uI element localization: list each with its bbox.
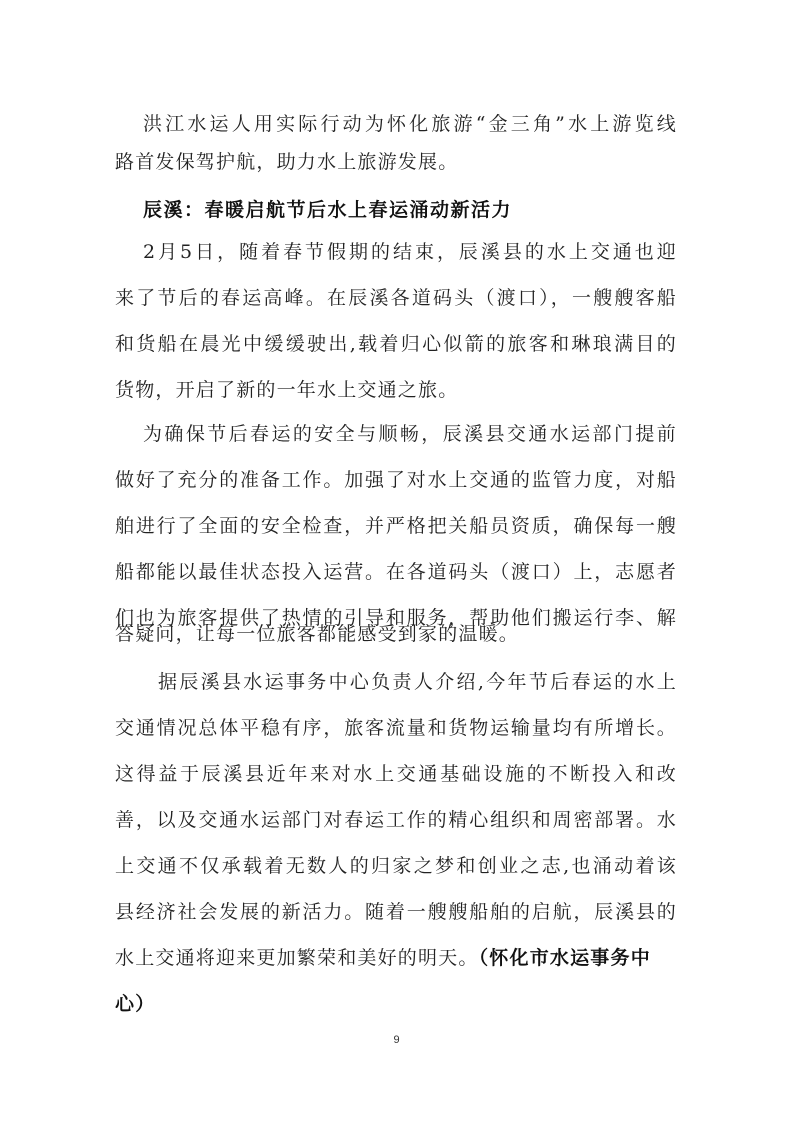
page-number: 9 [0,1034,793,1046]
paragraph-line: 交通情况总体平稳有序，旅客流量和货物运输量均有所增长。 [115,716,677,740]
paragraph-line: 这得益于辰溪县近年来对水上交通基础设施的不断投入和改 [115,762,677,786]
paragraph-line: 来了节后的春运高峰。在辰溪各道码头（渡口），一艘艘客船 [115,286,677,310]
paragraph-line: 水上交通将迎来更加繁荣和美好的明天。（怀化市水运事务中 [115,946,677,970]
paragraph-line: 洪江水运人用实际行动为怀化旅游“金三角”水上游览线 [143,112,677,136]
source-attribution-end: 心） [115,992,677,1016]
paragraph-line: 舶进行了全面的安全检查，并严格把关船员资质，确保每一艘 [115,514,677,538]
paragraph-line: 2月5日，随着春节假期的结束，辰溪县的水上交通也迎 [143,240,677,264]
paragraph-line: 据辰溪县水运事务中心负责人介绍,今年节后春运的水上 [158,670,677,694]
paragraph-text: 水上交通将迎来更加繁荣和美好的明天。 [115,947,479,969]
paragraph-line: 路首发保驾护航，助力水上旅游发展。 [115,150,677,174]
paragraph-line: 货物，开启了新的一年水上交通之旅。 [115,378,677,402]
paragraph-line: 和货船在晨光中缓缓驶出,载着归心似箭的旅客和琳琅满目的 [115,332,677,356]
paragraph-line: 船都能以最佳状态投入运营。在各道码头（渡口）上，志愿者 [115,560,677,584]
paragraph-line: 为确保节后春运的安全与顺畅，辰溪县交通水运部门提前 [143,422,677,446]
paragraph-line: 县经济社会发展的新活力。随着一艘艘船舶的启航，辰溪县的 [115,900,677,924]
paragraph-line: 做好了充分的准备工作。加强了对水上交通的监管力度，对船 [115,468,677,492]
paragraph-line: 善，以及交通水运部门对春运工作的精心组织和周密部署。水 [115,808,677,832]
paragraph-line: 答疑问，让每一位旅客都能感受到家的温暖。 [115,622,677,646]
source-attribution: （怀化市水运事务中 [479,947,651,969]
paragraph-line: 上交通不仅承载着无数人的归家之梦和创业之志,也涌动着该 [115,854,677,878]
section-heading: 辰溪：春暖启航节后水上春运涌动新活力 [143,198,677,222]
